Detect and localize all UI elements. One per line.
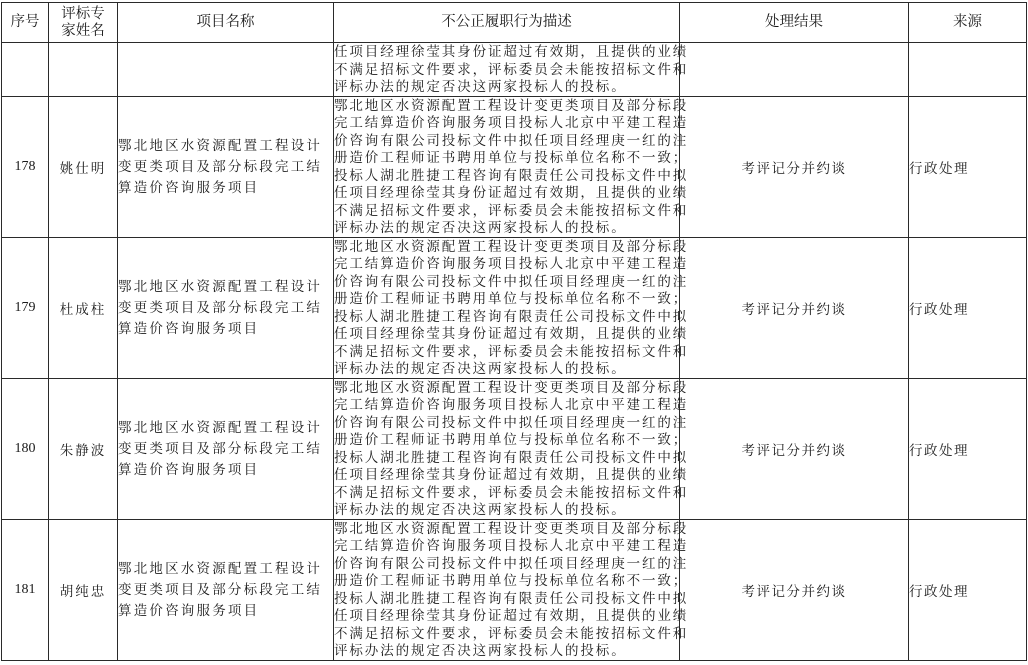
description-line: 不满足招标文件要求，评标委员会未能按招标文件和 [334,343,679,361]
expert-cell: 朱静波 [49,378,118,519]
description-line: 不满足招标文件要求，评标委员会未能按招标文件和 [334,202,679,220]
source-cell [909,43,1027,97]
description-line: 不满足招标文件要求，评标委员会未能按招标文件和 [334,625,679,643]
description-line: 完工结算造价咨询服务项目投标人北京中平建工程造 [334,114,679,132]
header-seq: 序号 [2,3,49,43]
header-row: 序号 评标专家姓名 项目名称 不公正履职行为描述 处理结果 来源 [2,3,1027,43]
description-line: 价咨询有限公司投标文件中拟任项目经理庚一红的注 [334,273,679,291]
description-line: 鄂北地区水资源配置工程设计变更类项目及部分标段 [334,238,679,256]
description-line: 评标办法的规定否决这两家投标人的投标。 [334,360,679,378]
seq-cell [2,43,49,97]
description-line: 投标人湖北胜捷工程咨询有限责任公司投标文件中拟 [334,167,679,185]
description-line: 评标办法的规定否决这两家投标人的投标。 [334,219,679,237]
description-line: 册造价工程师证书聘用单位与投标单位名称不一致； [334,572,679,590]
description-cell: 鄂北地区水资源配置工程设计变更类项目及部分标段 完工结算造价咨询服务项目投标人北… [334,96,680,237]
seq-cell: 178 [2,96,49,237]
description-line: 评标办法的规定否决这两家投标人的投标。 [334,78,679,96]
description-line: 鄂北地区水资源配置工程设计变更类项目及部分标段 [334,97,679,115]
description-line: 任项目经理徐莹其身份证超过有效期，且提供的业绩 [334,466,679,484]
description-line: 价咨询有限公司投标文件中拟任项目经理庚一红的注 [334,414,679,432]
header-source: 来源 [909,3,1027,43]
project-cell: 鄂北地区水资源配置工程设计变更类项目及部分标段完工结算造价咨询服务项目 [118,237,334,378]
description-cell: 鄂北地区水资源配置工程设计变更类项目及部分标段 完工结算造价咨询服务项目投标人北… [334,237,680,378]
project-cell: 鄂北地区水资源配置工程设计变更类项目及部分标段完工结算造价咨询服务项目 [118,96,334,237]
description-line: 价咨询有限公司投标文件中拟任项目经理庚一红的注 [334,555,679,573]
result-cell: 考评记分并约谈 [680,378,909,519]
result-cell: 考评记分并约谈 [680,237,909,378]
source-cell: 行政处理 [909,378,1027,519]
result-cell: 考评记分并约谈 [680,96,909,237]
description-cell: 任项目经理徐莹其身份证超过有效期，且提供的业绩 不满足招标文件要求，评标委员会未… [334,43,680,97]
table-row: 179 杜成柱 鄂北地区水资源配置工程设计变更类项目及部分标段完工结算造价咨询服… [2,237,1027,378]
result-cell: 考评记分并约谈 [680,519,909,660]
description-line: 评标办法的规定否决这两家投标人的投标。 [334,642,679,660]
header-result: 处理结果 [680,3,909,43]
expert-cell: 姚仕明 [49,96,118,237]
description-line: 投标人湖北胜捷工程咨询有限责任公司投标文件中拟 [334,308,679,326]
project-cell [118,43,334,97]
description-line: 完工结算造价咨询服务项目投标人北京中平建工程造 [334,255,679,273]
header-description: 不公正履职行为描述 [334,3,680,43]
source-cell: 行政处理 [909,237,1027,378]
description-line: 册造价工程师证书聘用单位与投标单位名称不一致； [334,290,679,308]
description-line: 册造价工程师证书聘用单位与投标单位名称不一致； [334,149,679,167]
description-line: 评标办法的规定否决这两家投标人的投标。 [334,501,679,519]
seq-cell: 181 [2,519,49,660]
table-row: 178 姚仕明 鄂北地区水资源配置工程设计变更类项目及部分标段完工结算造价咨询服… [2,96,1027,237]
description-line: 不满足招标文件要求，评标委员会未能按招标文件和 [334,484,679,502]
description-line: 投标人湖北胜捷工程咨询有限责任公司投标文件中拟 [334,590,679,608]
description-line: 完工结算造价咨询服务项目投标人北京中平建工程造 [334,396,679,414]
table-row: 180 朱静波 鄂北地区水资源配置工程设计变更类项目及部分标段完工结算造价咨询服… [2,378,1027,519]
header-expert: 评标专家姓名 [49,3,118,43]
description-line: 任项目经理徐莹其身份证超过有效期，且提供的业绩 [334,325,679,343]
description-line: 鄂北地区水资源配置工程设计变更类项目及部分标段 [334,379,679,397]
description-line: 不满足招标文件要求，评标委员会未能按招标文件和 [334,61,679,79]
description-line: 册造价工程师证书聘用单位与投标单位名称不一致； [334,431,679,449]
seq-cell: 179 [2,237,49,378]
seq-cell: 180 [2,378,49,519]
source-cell: 行政处理 [909,519,1027,660]
description-line: 完工结算造价咨询服务项目投标人北京中平建工程造 [334,537,679,555]
expert-cell: 胡纯忠 [49,519,118,660]
description-line: 投标人湖北胜捷工程咨询有限责任公司投标文件中拟 [334,449,679,467]
header-project: 项目名称 [118,3,334,43]
continued-row: 任项目经理徐莹其身份证超过有效期，且提供的业绩 不满足招标文件要求，评标委员会未… [2,43,1027,97]
description-line: 任项目经理徐莹其身份证超过有效期，且提供的业绩 [334,184,679,202]
result-cell [680,43,909,97]
table-row: 181 胡纯忠 鄂北地区水资源配置工程设计变更类项目及部分标段完工结算造价咨询服… [2,519,1027,660]
description-line: 鄂北地区水资源配置工程设计变更类项目及部分标段 [334,520,679,538]
expert-cell: 杜成柱 [49,237,118,378]
description-cell: 鄂北地区水资源配置工程设计变更类项目及部分标段 完工结算造价咨询服务项目投标人北… [334,378,680,519]
project-cell: 鄂北地区水资源配置工程设计变更类项目及部分标段完工结算造价咨询服务项目 [118,519,334,660]
expert-cell [49,43,118,97]
description-line: 任项目经理徐莹其身份证超过有效期，且提供的业绩 [334,43,679,61]
description-line: 价咨询有限公司投标文件中拟任项目经理庚一红的注 [334,132,679,150]
description-line: 任项目经理徐莹其身份证超过有效期，且提供的业绩 [334,607,679,625]
project-cell: 鄂北地区水资源配置工程设计变更类项目及部分标段完工结算造价咨询服务项目 [118,378,334,519]
source-cell: 行政处理 [909,96,1027,237]
penalty-table: 序号 评标专家姓名 项目名称 不公正履职行为描述 处理结果 来源 任项目经理徐莹… [1,2,1027,661]
description-cell: 鄂北地区水资源配置工程设计变更类项目及部分标段 完工结算造价咨询服务项目投标人北… [334,519,680,660]
